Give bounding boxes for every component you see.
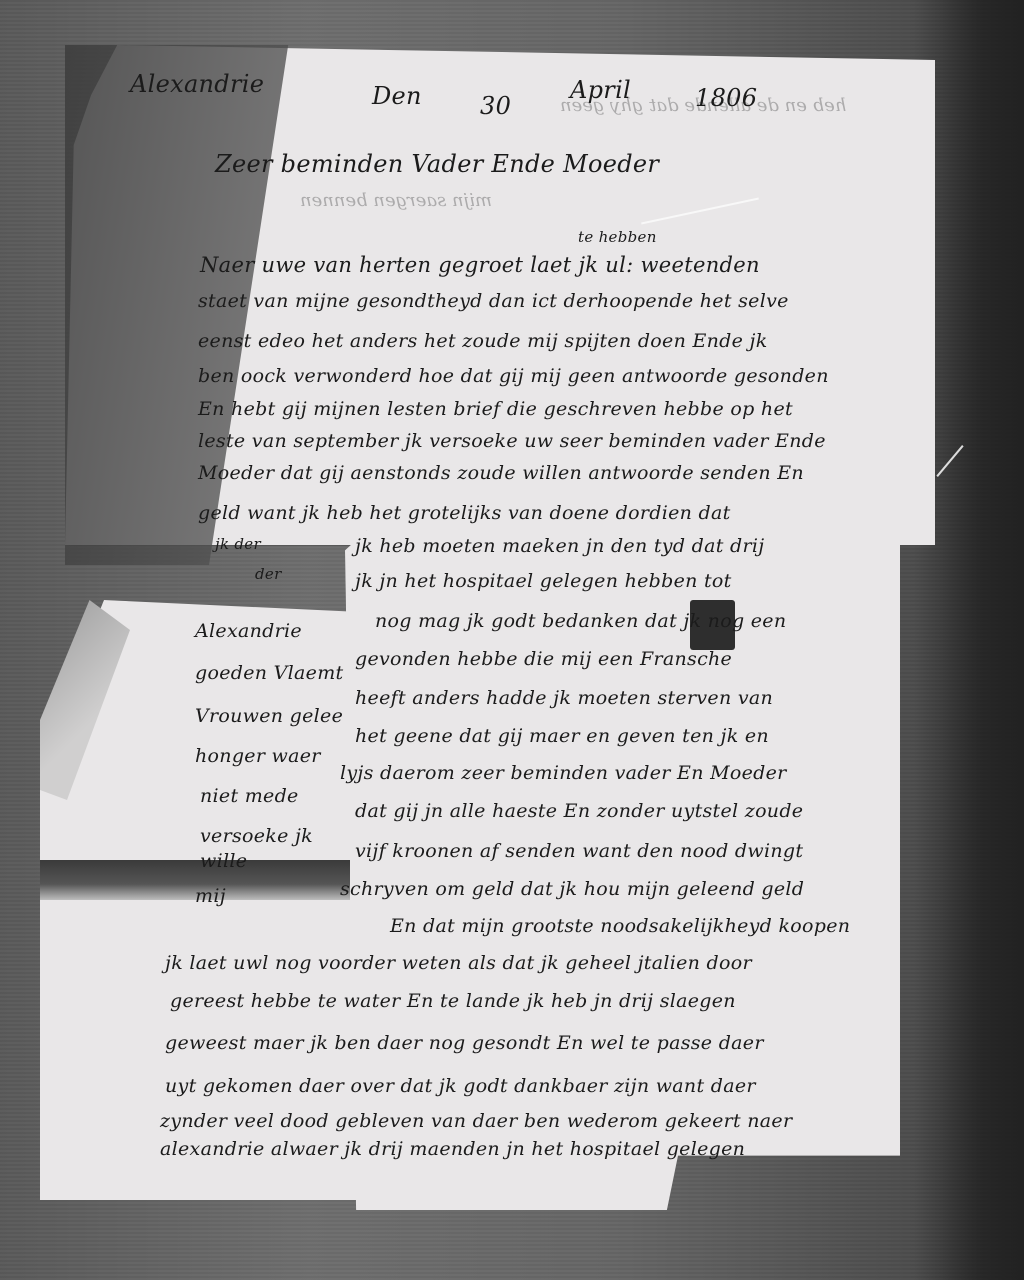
- letter-line: leste van september jk versoeke uw seer …: [198, 430, 826, 452]
- letter-line: zynder veel dood gebleven van daer ben w…: [160, 1110, 792, 1132]
- letter-place: Alexandrie: [130, 70, 264, 98]
- letter-line: lyjs daerom zeer beminden vader En Moede…: [340, 762, 787, 784]
- fragment-line: goeden Vlaemt: [195, 662, 343, 684]
- fragment-line: der: [255, 565, 282, 583]
- letter-line: geweest maer jk ben daer nog gesondt En …: [165, 1032, 764, 1054]
- letter-line: En dat mijn grootste noodsakelijkheyd ko…: [390, 915, 850, 937]
- letter-line: En hebt gij mijnen lesten brief die gesc…: [198, 398, 793, 420]
- letter-line: gevonden hebbe die mij een Fransche: [355, 648, 732, 670]
- letter-lower-right-sheet: [345, 530, 900, 1210]
- letter-line: ben oock verwonderd hoe dat gij mij geen…: [198, 365, 829, 387]
- letter-line: jk laet uwl nog voorder weten als dat jk…: [165, 952, 752, 974]
- letter-line: Moeder dat gij aenstonds zoude willen an…: [198, 462, 804, 484]
- fragment-line: Alexandrie: [195, 620, 302, 642]
- letter-line: Naer uwe van herten gegroet laet jk ul: …: [200, 253, 760, 277]
- letter-year: 1806: [695, 84, 757, 112]
- letter-line: schryven om geld dat jk hou mijn geleend…: [340, 878, 804, 900]
- letter-line: geld want jk heb het grotelijks van doen…: [198, 502, 731, 524]
- letter-line: jk jn het hospitael gelegen hebben tot: [355, 570, 732, 592]
- letter-line: vijf kroonen af senden want den nood dwi…: [355, 840, 803, 862]
- fragment-line: wille: [200, 850, 247, 872]
- fragment-line: jk der: [215, 535, 261, 553]
- letter-line: het geene dat gij maer en geven ten jk e…: [355, 725, 769, 747]
- letter-line: heeft anders hadde jk moeten sterven van: [355, 687, 773, 709]
- fragment-line: honger waer: [195, 745, 321, 767]
- letter-line: eenst edeo het anders het zoude mij spij…: [198, 330, 768, 352]
- letter-line: jk heb moeten maeken jn den tyd dat drij: [355, 535, 764, 557]
- letter-line: nog mag jk godt bedanken dat jk nog een: [375, 610, 786, 632]
- letter-line: gereest hebbe te water En te lande jk he…: [170, 990, 736, 1012]
- fragment-line: niet mede: [200, 785, 299, 807]
- salutation: Zeer beminden Vader Ende Moeder: [215, 150, 659, 178]
- bleed-through-text: mijn saergen bennen: [300, 190, 492, 211]
- letter-date-prefix: Den: [372, 82, 422, 110]
- interlinear-insert: te hebben: [578, 228, 657, 246]
- fragment-line: Vrouwen gelee: [195, 705, 343, 727]
- letter-line: alexandrie alwaer jk drij maenden jn het…: [160, 1138, 745, 1160]
- letter-line: uyt gekomen daer over dat jk godt dankba…: [165, 1075, 756, 1097]
- letter-line: dat gij jn alle haeste En zonder uytstel…: [355, 800, 803, 822]
- letter-line: staet van mijne gesondtheyd dan ict derh…: [198, 290, 789, 312]
- letter-day: 30: [480, 92, 511, 120]
- fragment-line: versoeke jk: [200, 825, 313, 847]
- letter-month: April: [570, 76, 631, 104]
- fragment-line: mij: [195, 885, 226, 907]
